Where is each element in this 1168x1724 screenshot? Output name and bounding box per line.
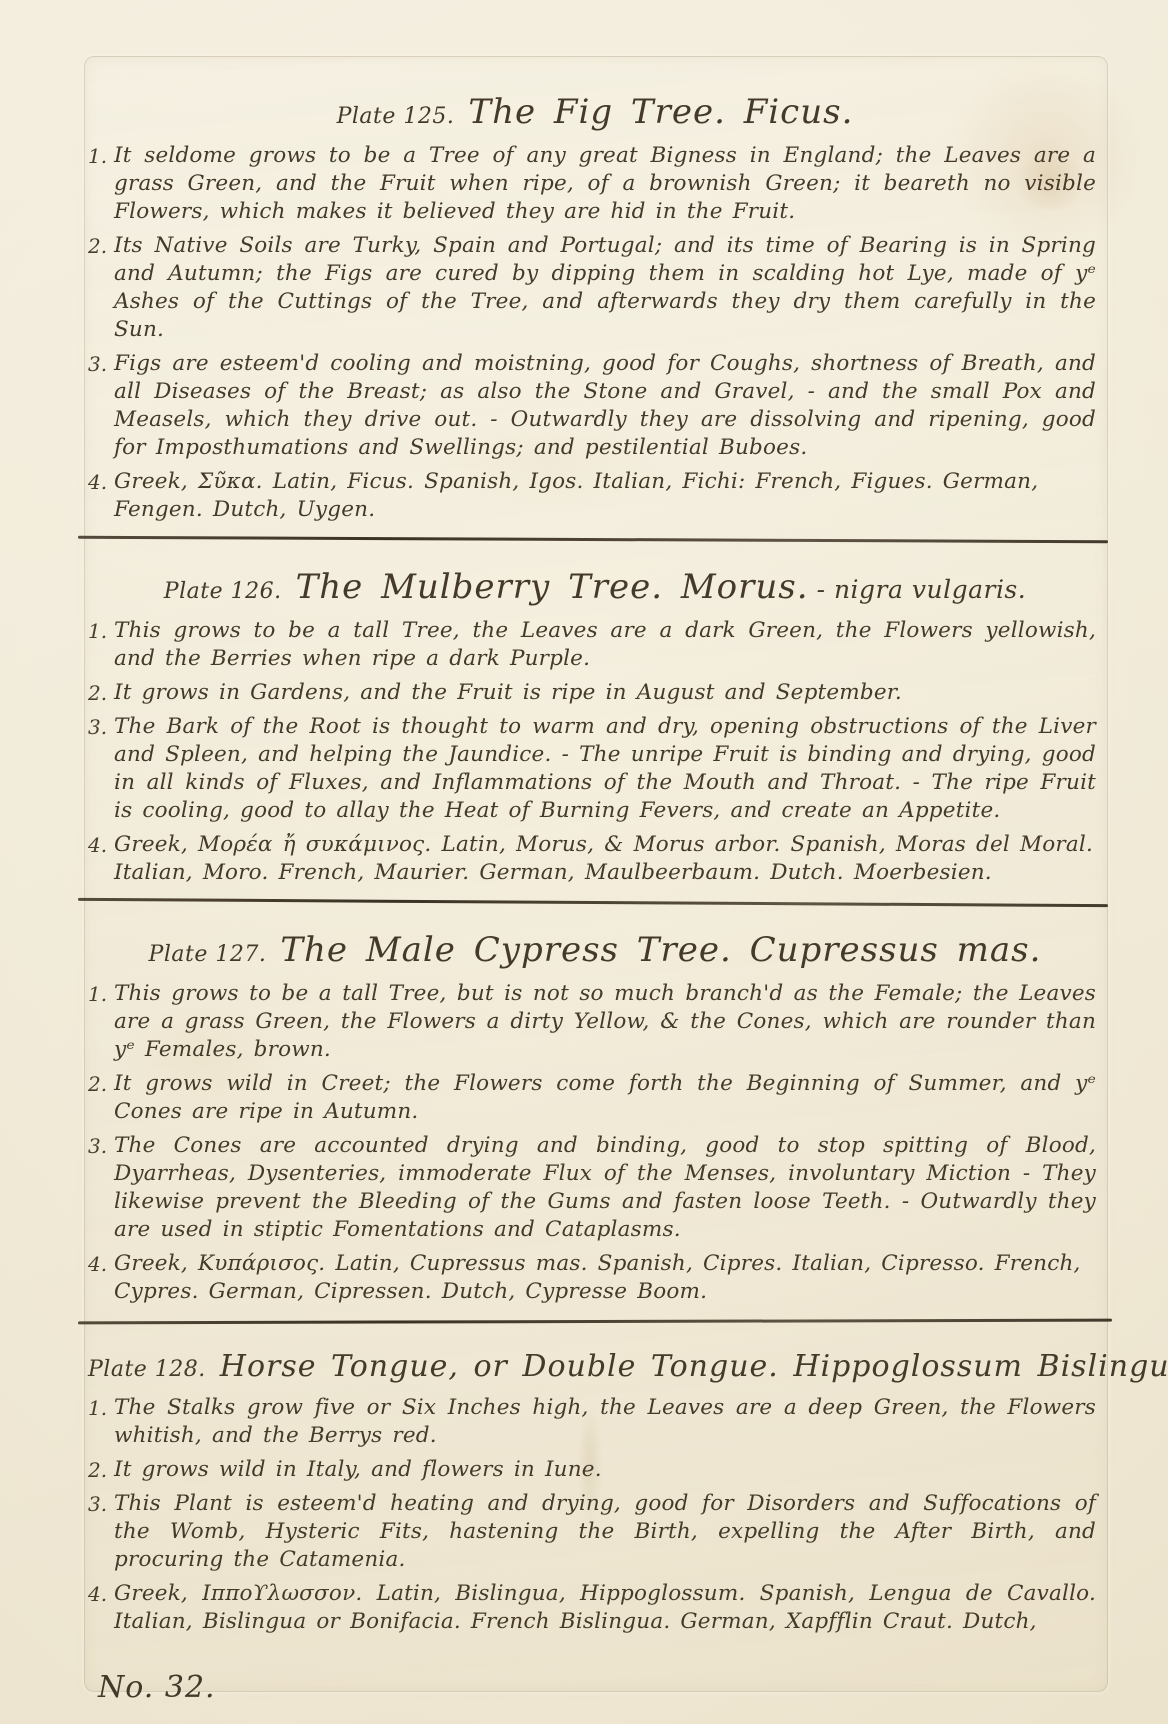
- plate-number: Plate 128.: [88, 1357, 206, 1382]
- entry-number: 3.: [88, 1490, 114, 1516]
- entry-number: 3.: [88, 350, 114, 376]
- entry-number: 3.: [88, 713, 114, 739]
- section-horse-tongue: Plate 128.Horse Tongue, or Double Tongue…: [84, 1349, 1106, 1636]
- entry-text: Greek, Κυπάρισος. Latin, Cupressus mas. …: [114, 1250, 1102, 1306]
- entry-item: 1.The Stalks grow five or Six Inches hig…: [88, 1394, 1102, 1450]
- entry-item: 1.It seldome grows to be a Tree of any g…: [88, 142, 1102, 226]
- entry-text: The Bark of the Root is thought to warm …: [114, 713, 1102, 825]
- entry-item: 2.It grows in Gardens, and the Fruit is …: [88, 679, 1102, 707]
- section-heading: Plate 126.The Mulberry Tree. Morus.- nig…: [88, 567, 1102, 607]
- plate-title: The Male Cypress Tree. Cupressus mas.: [280, 930, 1041, 970]
- entry-text: Figs are esteem'd cooling and moistning,…: [114, 350, 1102, 462]
- sheet-number: No. 32.: [98, 1670, 1106, 1705]
- entry-list: 1.It seldome grows to be a Tree of any g…: [88, 142, 1102, 524]
- plate-title: The Fig Tree. Ficus.: [468, 92, 853, 132]
- entry-number: 1.: [88, 1394, 114, 1420]
- entry-number: 1.: [88, 142, 114, 168]
- entry-list: 1.This grows to be a tall Tree, the Leav…: [88, 617, 1102, 887]
- section-mulberry-tree: Plate 126.The Mulberry Tree. Morus.- nig…: [84, 567, 1106, 887]
- entry-text: The Stalks grow five or Six Inches high,…: [114, 1394, 1102, 1450]
- entry-item: 4.Greek, Ιπποϒλωσσον. Latin, Bislingua, …: [88, 1580, 1102, 1636]
- plate-number: Plate 127.: [149, 942, 267, 967]
- entry-number: 4.: [88, 1580, 114, 1606]
- entry-item: 2.Its Native Soils are Turky, Spain and …: [88, 232, 1102, 344]
- entry-list: 1.This grows to be a tall Tree, but is n…: [88, 980, 1102, 1306]
- entry-item: 1.This grows to be a tall Tree, the Leav…: [88, 617, 1102, 673]
- entry-item: 2.It grows wild in Creet; the Flowers co…: [88, 1070, 1102, 1126]
- herbal-page: Plate 125.The Fig Tree. Ficus. 1.It seld…: [84, 56, 1106, 1705]
- entry-number: 2.: [88, 679, 114, 705]
- entry-item: 4.Greek, Μορέα ἤ συκάμινος. Latin, Morus…: [88, 831, 1102, 887]
- entry-number: 1.: [88, 980, 114, 1006]
- entry-text: This grows to be a tall Tree, but is not…: [114, 980, 1102, 1064]
- section-divider: [78, 1319, 1112, 1325]
- entry-item: 3.Figs are esteem'd cooling and moistnin…: [88, 350, 1102, 462]
- entry-text: It seldome grows to be a Tree of any gre…: [114, 142, 1102, 226]
- entry-item: 2.It grows wild in Italy, and flowers in…: [88, 1456, 1102, 1484]
- entry-item: 1.This grows to be a tall Tree, but is n…: [88, 980, 1102, 1064]
- entry-number: 1.: [88, 617, 114, 643]
- entry-item: 4.Greek, Σῦκα. Latin, Ficus. Spanish, Ig…: [88, 468, 1102, 524]
- entry-item: 3.This Plant is esteem'd heating and dry…: [88, 1490, 1102, 1574]
- entry-number: 4.: [88, 831, 114, 857]
- entry-item: 3.The Cones are accounted drying and bin…: [88, 1132, 1102, 1244]
- plate-subtitle: - nigra vulgaris.: [817, 575, 1027, 604]
- entry-number: 2.: [88, 232, 114, 258]
- plate-number: Plate 126.: [164, 579, 282, 604]
- entry-text: It grows wild in Creet; the Flowers come…: [114, 1070, 1102, 1126]
- entry-text: Greek, Μορέα ἤ συκάμινος. Latin, Morus, …: [114, 831, 1102, 887]
- entry-text: Greek, Ιπποϒλωσσον. Latin, Bislingua, Hi…: [114, 1580, 1102, 1636]
- entry-text: Its Native Soils are Turky, Spain and Po…: [114, 232, 1102, 344]
- section-heading: Plate 125.The Fig Tree. Ficus.: [88, 92, 1102, 132]
- entry-text: It grows in Gardens, and the Fruit is ri…: [114, 679, 1102, 707]
- entry-list: 1.The Stalks grow five or Six Inches hig…: [88, 1394, 1102, 1636]
- entry-text: It grows wild in Italy, and flowers in I…: [114, 1456, 1102, 1484]
- entry-text: Greek, Σῦκα. Latin, Ficus. Spanish, Igos…: [114, 468, 1102, 524]
- entry-number: 2.: [88, 1456, 114, 1482]
- entry-item: 4.Greek, Κυπάρισος. Latin, Cupressus mas…: [88, 1250, 1102, 1306]
- entry-text: The Cones are accounted drying and bindi…: [114, 1132, 1102, 1244]
- entry-number: 4.: [88, 468, 114, 494]
- section-divider: [78, 536, 1108, 543]
- section-heading: Plate 128.Horse Tongue, or Double Tongue…: [88, 1349, 1102, 1384]
- entry-number: 2.: [88, 1070, 114, 1096]
- entry-text: This Plant is esteem'd heating and dryin…: [114, 1490, 1102, 1574]
- section-male-cypress-tree: Plate 127.The Male Cypress Tree. Cupress…: [84, 930, 1106, 1306]
- section-fig-tree: Plate 125.The Fig Tree. Ficus. 1.It seld…: [84, 92, 1106, 524]
- plate-title: The Mulberry Tree. Morus.: [296, 567, 809, 607]
- entry-number: 3.: [88, 1132, 114, 1158]
- plate-number: Plate 125.: [337, 104, 455, 129]
- plate-title: Horse Tongue, or Double Tongue. Hippoglo…: [220, 1349, 1168, 1384]
- entry-item: 3.The Bark of the Root is thought to war…: [88, 713, 1102, 825]
- section-heading: Plate 127.The Male Cypress Tree. Cupress…: [88, 930, 1102, 970]
- section-divider: [78, 898, 1108, 907]
- entry-text: This grows to be a tall Tree, the Leaves…: [114, 617, 1102, 673]
- entry-number: 4.: [88, 1250, 114, 1276]
